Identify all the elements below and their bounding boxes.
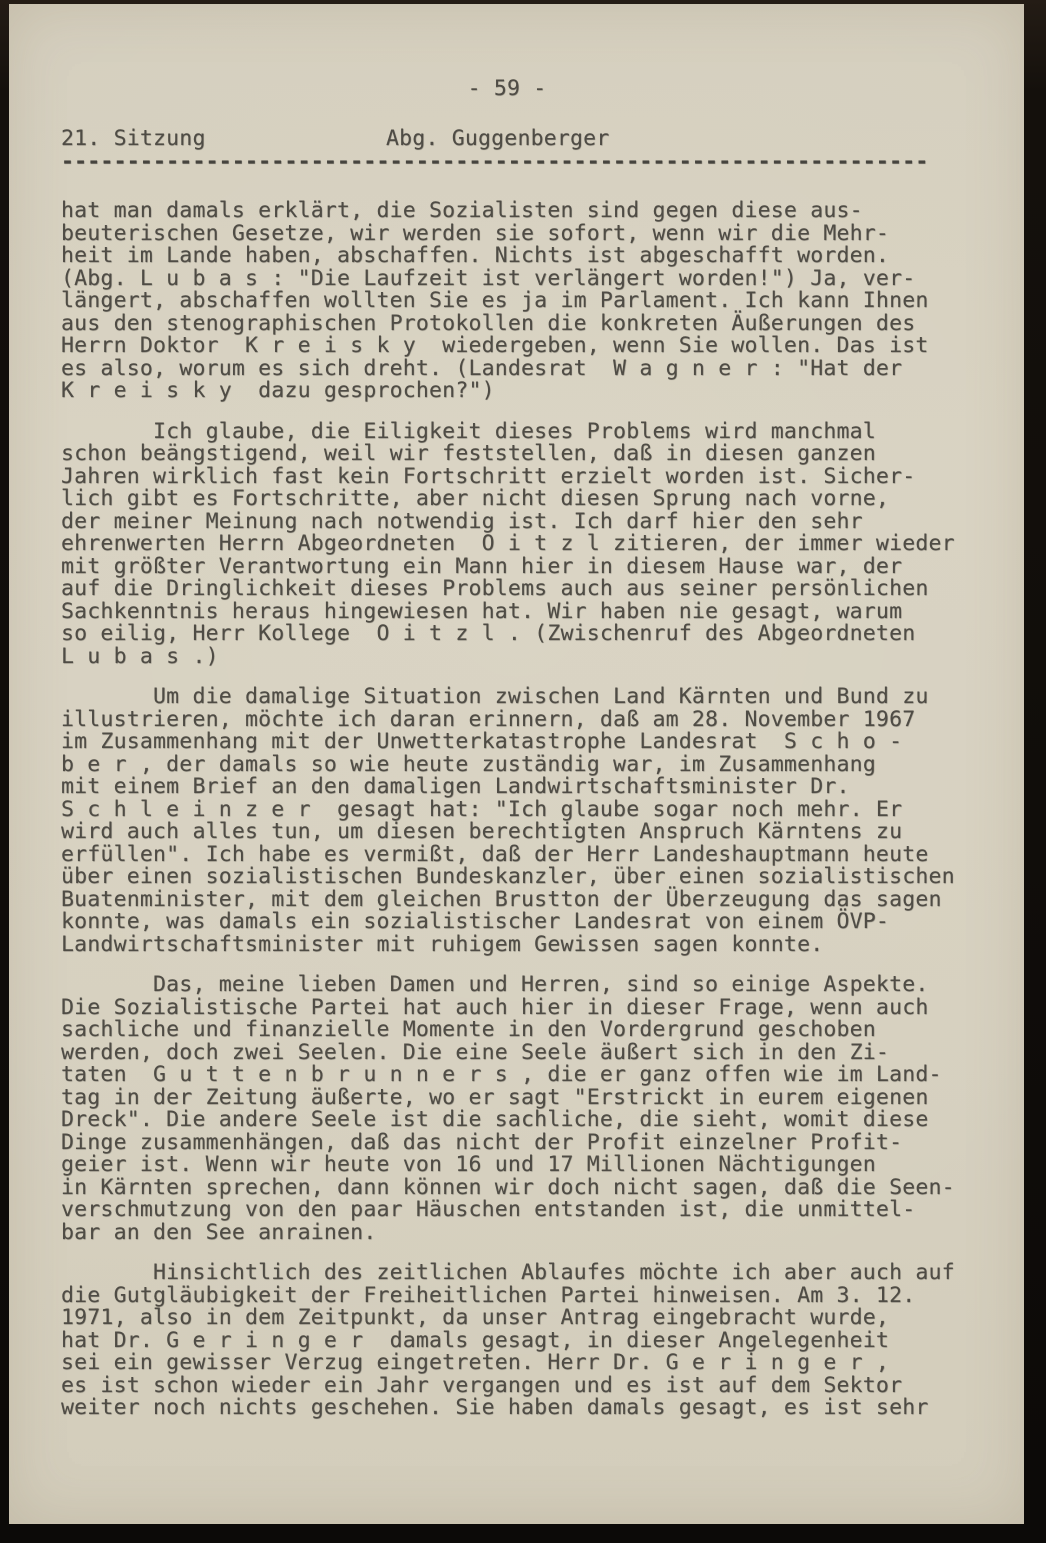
page-number: - 59 -	[61, 4, 953, 101]
paragraph: Hinsichtlich des zeitlichen Ablaufes möc…	[61, 1262, 953, 1420]
paragraph: Ich glaube, die Eiligkeit dieses Problem…	[61, 421, 953, 669]
paragraph: Um die damalige Situation zwischen Land …	[61, 686, 953, 956]
header-divider: ----------------------------------------…	[61, 151, 953, 174]
speech-body: hat man damals erklärt, die Sozialisten …	[61, 200, 953, 1420]
page-content: - 59 - 21. Sitzung Abg. Guggenberger ---…	[61, 4, 953, 1438]
paragraph: Das, meine lieben Damen und Herren, sind…	[61, 974, 953, 1244]
scan-background: - 59 - 21. Sitzung Abg. Guggenberger ---…	[0, 0, 1046, 1543]
speaker-label: Abg. Guggenberger	[386, 128, 609, 151]
paragraph: hat man damals erklärt, die Sozialisten …	[61, 200, 953, 403]
session-label: 21. Sitzung	[61, 128, 386, 151]
scanned-page: - 59 - 21. Sitzung Abg. Guggenberger ---…	[9, 4, 1024, 1524]
page-header: 21. Sitzung Abg. Guggenberger	[61, 128, 953, 151]
